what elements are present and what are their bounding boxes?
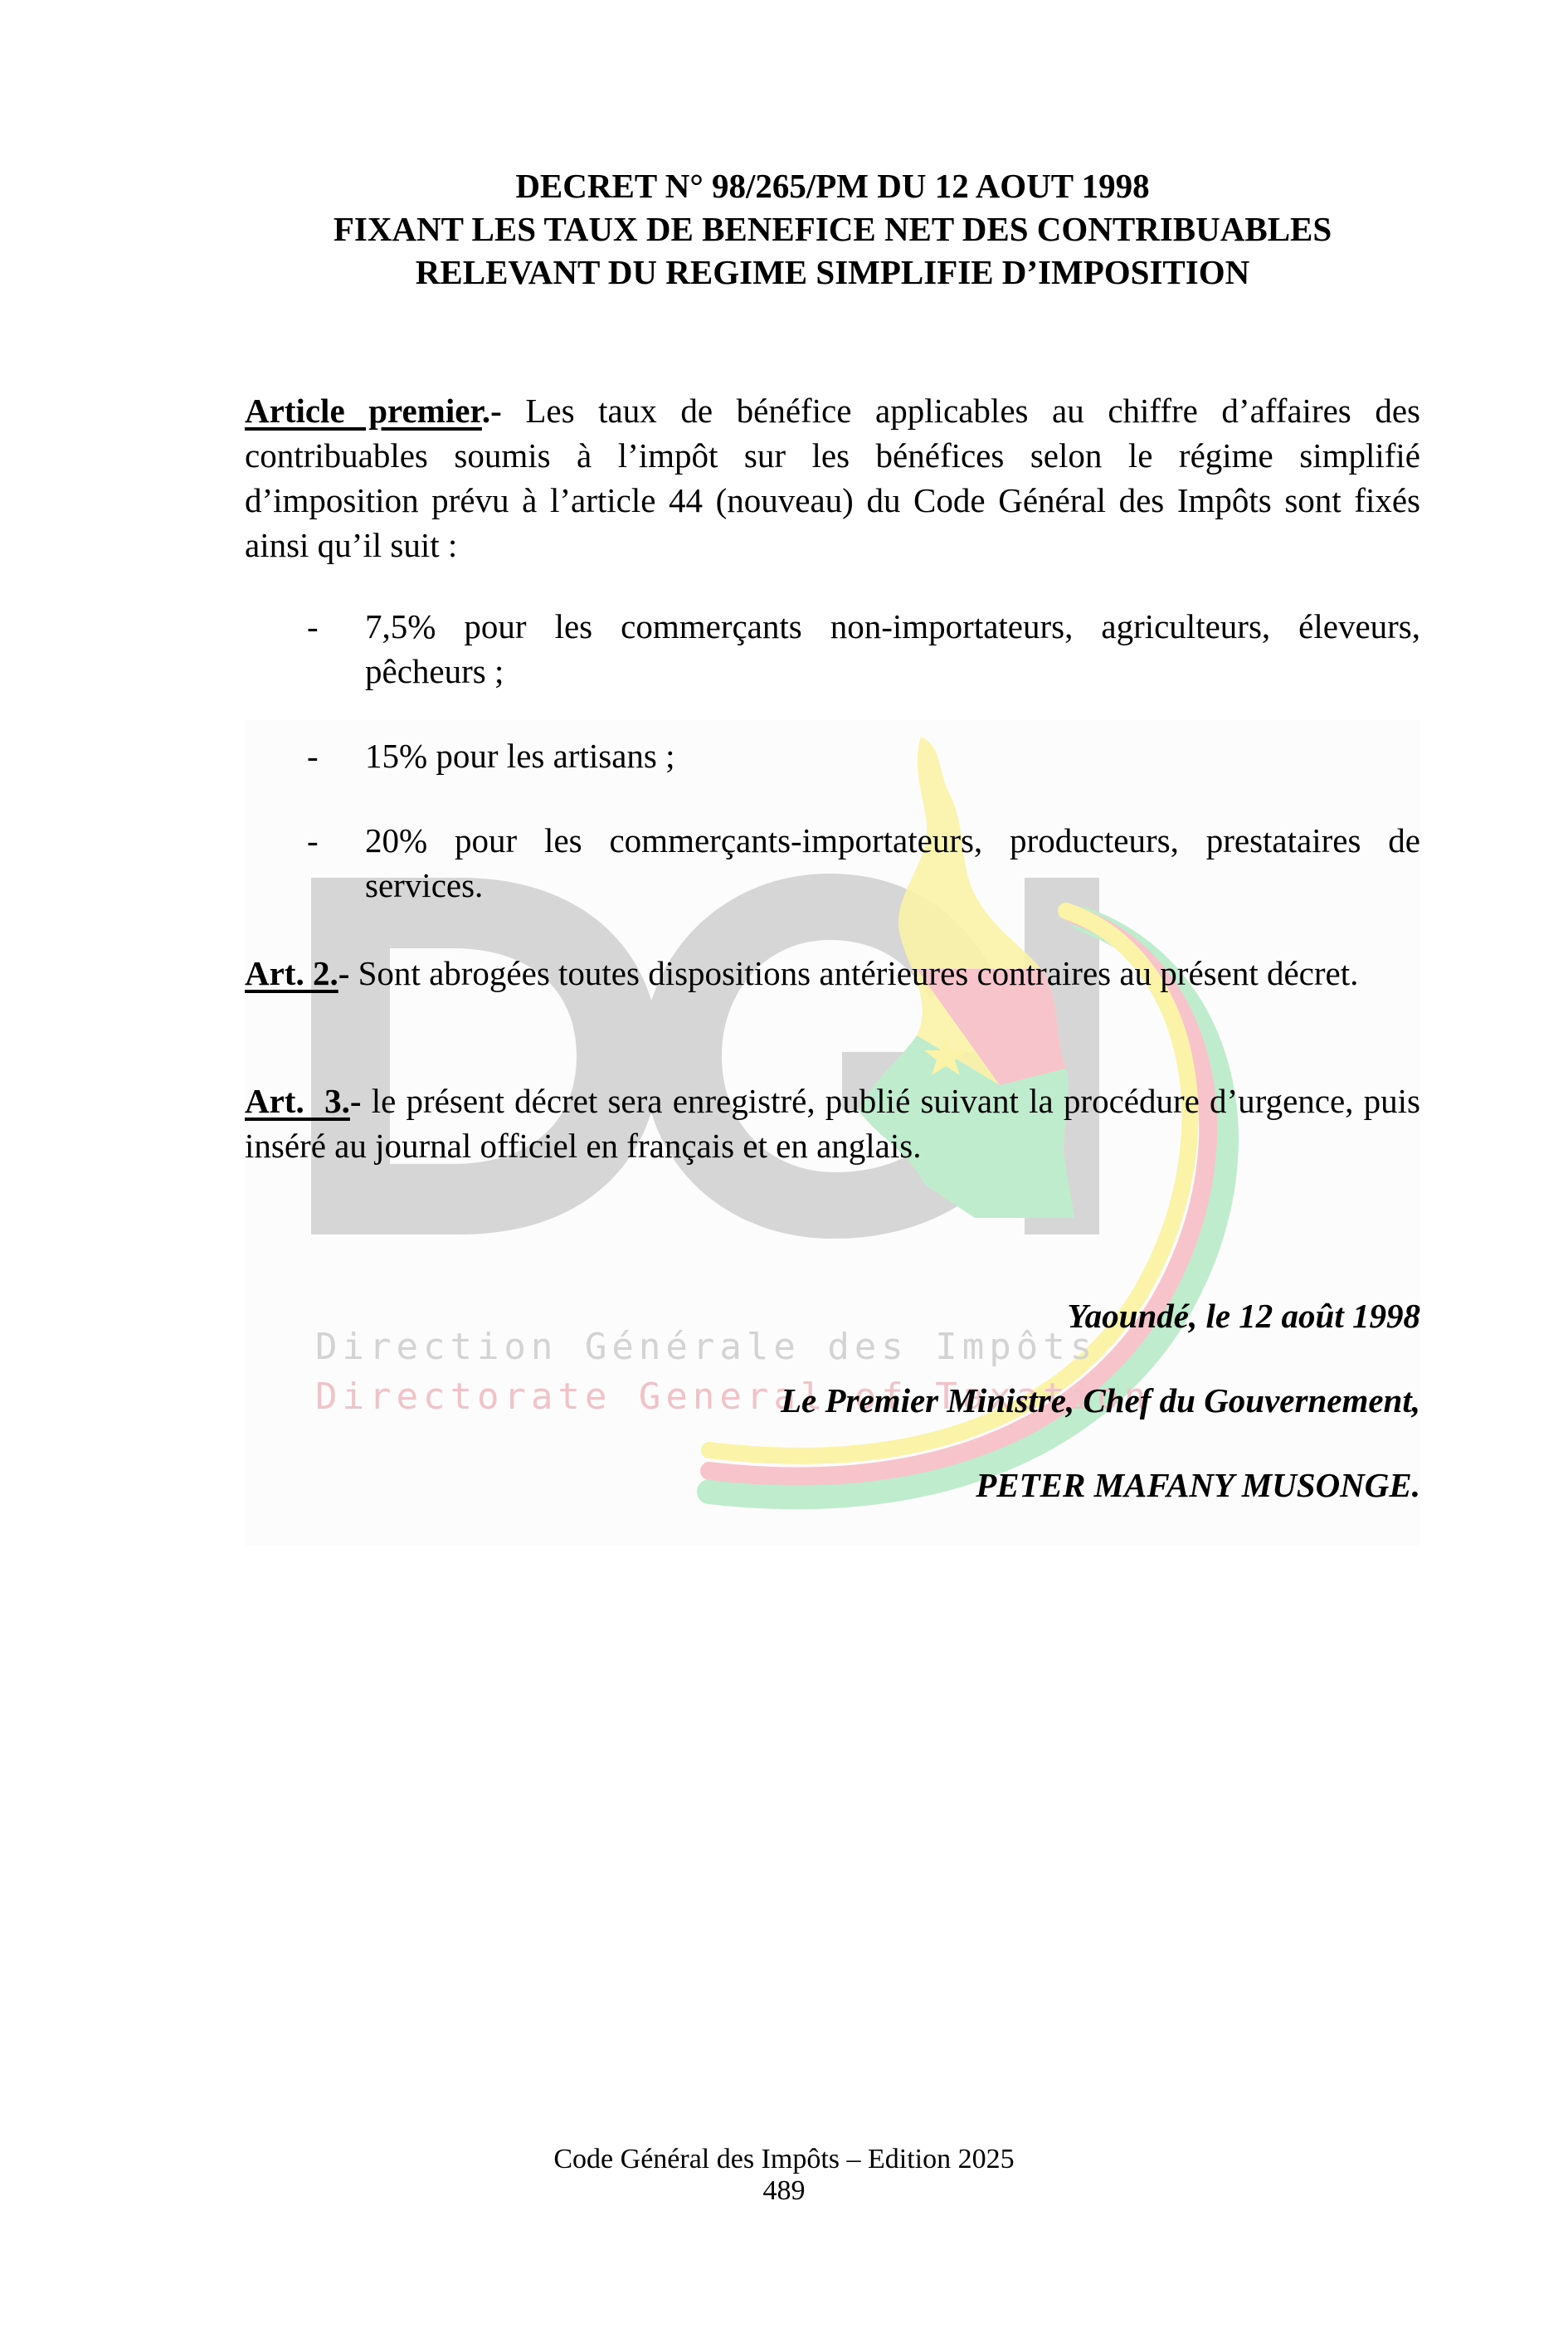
article-2-text: Sont abrogées toutes dispositions antéri… — [349, 954, 1358, 992]
rate-text: 20% pour les commerçants-importateurs, p… — [365, 818, 1420, 908]
title-line-1: DECRET N° 98/265/PM DU 12 AOUT 1998 — [245, 164, 1420, 207]
signature-role: Le Premier Ministre, Chef du Gouvernemen… — [245, 1378, 1420, 1423]
decree-title: DECRET N° 98/265/PM DU 12 AOUT 1998 FIXA… — [245, 164, 1420, 294]
page-footer: Code Général des Impôts – Edition 2025 4… — [0, 2144, 1568, 2207]
article-2-separator: - — [338, 954, 350, 992]
article-1-label: Article premier — [245, 392, 482, 430]
title-line-2: FIXANT LES TAUX DE BENEFICE NET DES CONT… — [245, 207, 1420, 251]
list-dash: - — [307, 733, 319, 778]
article-3-text: le présent décret sera enregistré, publi… — [245, 1082, 1420, 1165]
rate-item: - 7,5% pour les commerçants non-importat… — [307, 604, 1420, 694]
article-2: Art. 2.- Sont abrogées toutes dispositio… — [245, 951, 1420, 996]
article-2-label: Art. 2. — [245, 954, 338, 992]
document-page: Direction Générale des Impôts Directorat… — [0, 0, 1568, 2352]
signature-name: PETER MAFANY MUSONGE. — [245, 1463, 1420, 1507]
article-3: Art. 3.- le présent décret sera enregist… — [245, 1079, 1420, 1168]
rate-item: - 15% pour les artisans ; — [307, 733, 1420, 778]
list-dash: - — [307, 818, 319, 863]
rate-text: 7,5% pour les commerçants non-importateu… — [365, 604, 1420, 694]
signature-place-date: Yaoundé, le 12 août 1998 — [245, 1293, 1420, 1338]
page-number: 489 — [0, 2175, 1568, 2207]
article-3-separator: - — [350, 1082, 362, 1120]
article-1-separator: .- — [482, 392, 502, 430]
rate-text: 15% pour les artisans ; — [365, 733, 1420, 778]
list-dash: - — [307, 604, 319, 649]
article-1: Article premier.- Les taux de bénéfice a… — [245, 388, 1420, 567]
article-3-label: Art. 3. — [245, 1082, 350, 1120]
rate-item: - 20% pour les commerçants-importateurs,… — [307, 818, 1420, 908]
title-line-3: RELEVANT DU REGIME SIMPLIFIE D’IMPOSITIO… — [245, 251, 1420, 294]
footer-publication: Code Général des Impôts – Edition 2025 — [0, 2144, 1568, 2175]
